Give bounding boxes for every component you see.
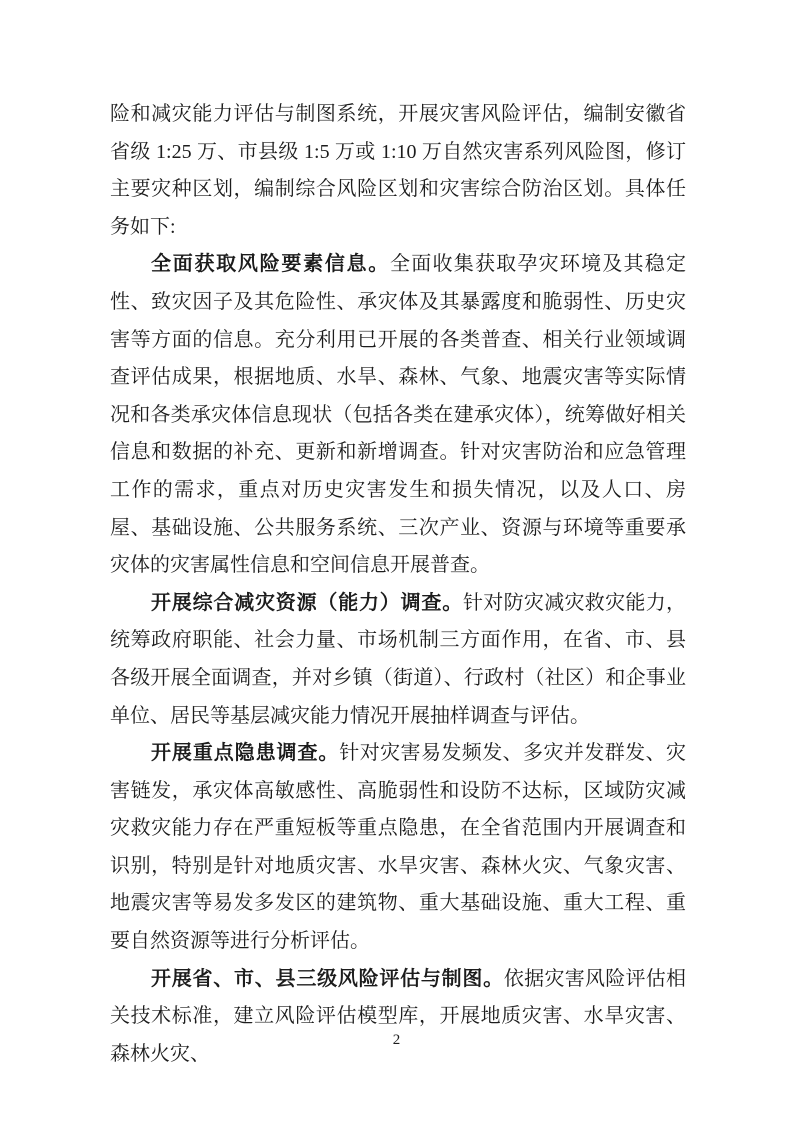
paragraph-risk-assessment-mapping: 开展省、市、县三级风险评估与制图。依据灾害风险评估相关技术标准，建立风险评估模型…	[110, 961, 686, 1074]
paragraph-lead: 全面获取风险要素信息。	[151, 253, 390, 275]
document-page: 险和减灾能力评估与制图系统，开展灾害风险评估，编制安徽省省级 1:25 万、市县…	[0, 0, 793, 1122]
paragraph-text: 险和减灾能力评估与制图系统，开展灾害风险评估，编制安徽省省级 1:25 万、市县…	[110, 103, 686, 238]
paragraph-continuation: 险和减灾能力评估与制图系统，开展灾害风险评估，编制安徽省省级 1:25 万、市县…	[110, 96, 686, 246]
paragraph-text: 针对灾害易发频发、多灾并发群发、灾害链发，承灾体高敏感性、高脆弱性和设防不达标，…	[110, 742, 686, 952]
paragraph-hazard-survey: 开展重点隐患调查。针对灾害易发频发、多灾并发群发、灾害链发，承灾体高敏感性、高脆…	[110, 735, 686, 961]
page-number: 2	[0, 1032, 793, 1049]
document-body: 险和减灾能力评估与制图系统，开展灾害风险评估，编制安徽省省级 1:25 万、市县…	[110, 96, 686, 1073]
paragraph-lead: 开展省、市、县三级风险评估与制图。	[151, 968, 504, 990]
paragraph-risk-info: 全面获取风险要素信息。全面收集获取孕灾环境及其稳定性、致灾因子及其危险性、承灾体…	[110, 246, 686, 584]
paragraph-lead: 开展综合减灾资源（能力）调查。	[151, 592, 463, 614]
paragraph-text: 全面收集获取孕灾环境及其稳定性、致灾因子及其危险性、承灾体及其暴露度和脆弱性、历…	[110, 253, 686, 576]
paragraph-lead: 开展重点隐患调查。	[151, 742, 339, 764]
paragraph-resource-survey: 开展综合减灾资源（能力）调查。针对防灾减灾救灾能力，统筹政府职能、社会力量、市场…	[110, 585, 686, 735]
